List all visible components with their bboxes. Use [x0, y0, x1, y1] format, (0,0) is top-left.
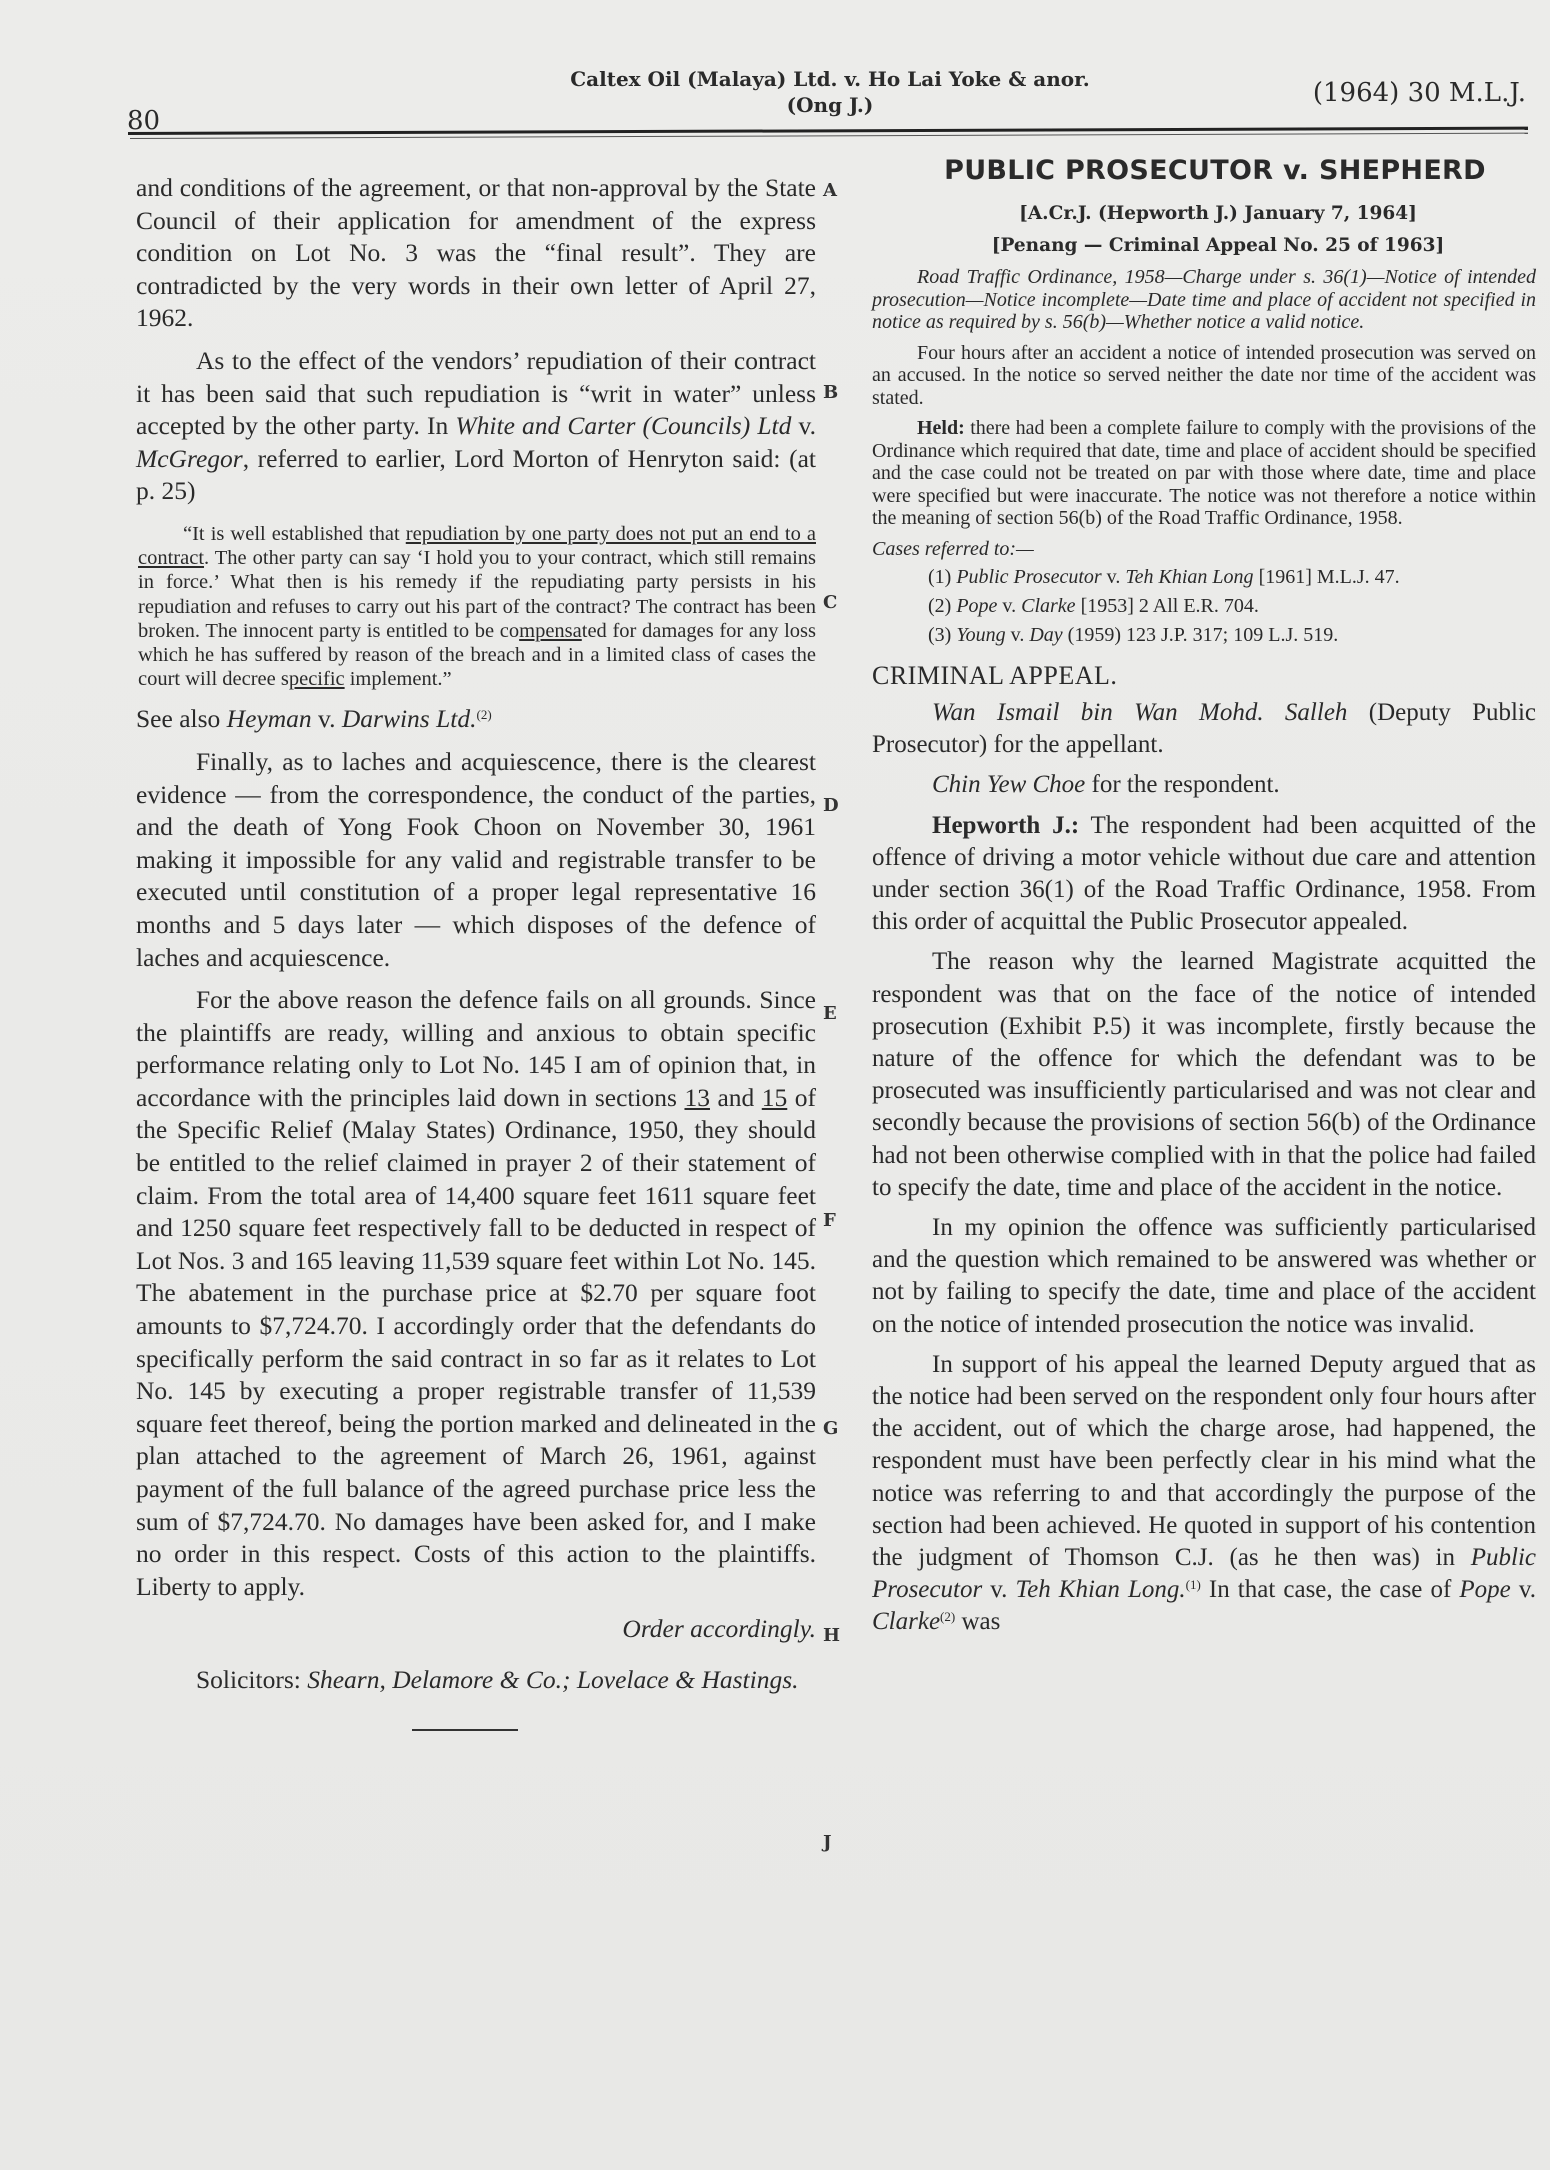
appeal-line: [Penang — Criminal Appeal No. 25 of 1963…: [900, 230, 1536, 262]
solicitors-label: Solicitors:: [196, 1665, 307, 1694]
paragraph: The reason why the learned Magistrate ac…: [872, 946, 1536, 1204]
judgment-body: Wan Ismail bin Wan Mohd. Salleh (Deputy …: [872, 697, 1536, 1639]
paragraph: In support of his appeal the learned Dep…: [872, 1349, 1536, 1639]
party: Teh Khian Long: [1125, 566, 1253, 588]
text: In that case, the case of: [1201, 1576, 1460, 1603]
text: See also: [136, 704, 227, 733]
text: there had been a complete failure to com…: [872, 417, 1536, 529]
facts: Four hours after an accident a notice of…: [872, 342, 1536, 410]
margin-letter-b: B: [823, 382, 838, 403]
running-head-judge: (Ong J.): [520, 92, 1140, 118]
court-line: [A.Cr.J. (Hepworth J.) January 7, 1964]: [900, 198, 1536, 230]
case-name: White and Carter (Councils) Ltd: [455, 411, 791, 440]
case-item: (3) Young v. Day (1959) 123 J.P. 317; 10…: [872, 624, 1536, 647]
text: v.: [312, 704, 342, 733]
margin-letter-e: E: [823, 1003, 837, 1024]
underlined-text: pecific: [289, 668, 345, 690]
running-head: Caltex Oil (Malaya) Ltd. v. Ho Lai Yoke …: [520, 66, 1140, 118]
underlined-text: mpensa: [519, 620, 582, 642]
citation: (1959) 123 J.P. 317; 109 L.J. 519.: [1063, 624, 1339, 646]
case-number: (1): [928, 566, 951, 588]
section-heading: CRIMINAL APPEAL.: [872, 661, 1536, 691]
case-item: (2) Pope v. Clarke [1953] 2 All E.R. 704…: [872, 595, 1536, 618]
text: for the respondent.: [1085, 771, 1279, 798]
text: In support of his appeal the learned Dep…: [872, 1351, 1536, 1571]
citation: [1961] M.L.J. 47.: [1254, 566, 1400, 588]
margin-letter-c: C: [823, 592, 837, 613]
catchwords: Road Traffic Ordinance, 1958—Charge unde…: [872, 266, 1536, 334]
margin-letter-g: G: [823, 1418, 838, 1439]
end-rule: [412, 1729, 518, 1731]
paragraph: Hepworth J.: The respondent had been acq…: [872, 810, 1536, 939]
counsel-respondent: Chin Yew Choe for the respondent.: [872, 769, 1536, 801]
case-item: (1) Public Prosecutor v. Teh Khian Long …: [872, 566, 1536, 589]
paragraph: As to the effect of the vendors’ repudia…: [136, 345, 816, 508]
margin-letter-f: F: [823, 1210, 836, 1231]
counsel-name: Wan Ismail bin Wan Mohd. Salleh: [932, 699, 1347, 726]
solicitors: Solicitors: Shearn, Delamore & Co.; Love…: [136, 1664, 816, 1697]
case-title: PUBLIC PROSECUTOR v. SHEPHERD: [894, 155, 1536, 186]
counsel-name: Chin Yew Choe: [932, 771, 1085, 798]
text: v.: [1511, 1576, 1536, 1603]
headnote: Road Traffic Ordinance, 1958—Charge unde…: [872, 266, 1536, 647]
text: was: [955, 1608, 1000, 1635]
party: Public Prosecutor: [956, 566, 1101, 588]
underlined-text: 15: [762, 1083, 788, 1112]
paragraph: Finally, as to laches and acquiescence, …: [136, 746, 816, 974]
case-name: McGregor: [136, 444, 243, 473]
case-number: (3): [928, 624, 951, 646]
running-head-title: Caltex Oil (Malaya) Ltd. v. Ho Lai Yoke …: [520, 66, 1140, 92]
party: Day: [1029, 624, 1062, 646]
case-number: (2): [928, 595, 951, 617]
cases-label: Cases referred to:—: [872, 538, 1536, 561]
text: v.: [1006, 624, 1030, 646]
judge-label: Hepworth J.:: [932, 812, 1079, 839]
right-column: PUBLIC PROSECUTOR v. SHEPHERD [A.Cr.J. (…: [872, 155, 1536, 1647]
footnote-ref: (1): [1186, 1577, 1201, 1592]
text: v.: [1102, 566, 1126, 588]
party: Young: [956, 624, 1005, 646]
underlined-text: 13: [684, 1083, 710, 1112]
text: “It is well established that: [183, 523, 406, 545]
case-name: Clarke: [872, 1608, 940, 1635]
solicitors-names: Shearn, Delamore & Co.; Lovelace & Hasti…: [307, 1665, 798, 1694]
text: and: [710, 1083, 762, 1112]
text: v.: [791, 411, 816, 440]
party: Pope: [956, 595, 997, 617]
text: of the Specific Relief (Malay States) Or…: [136, 1083, 816, 1601]
page: 80 Caltex Oil (Malaya) Ltd. v. Ho Lai Yo…: [0, 0, 1550, 2170]
margin-letter-h: H: [823, 1625, 840, 1646]
text: v.: [982, 1576, 1015, 1603]
held: Held: there had been a complete failure …: [872, 417, 1536, 530]
counsel-appellant: Wan Ismail bin Wan Mohd. Salleh (Deputy …: [872, 697, 1536, 761]
order-line: Order accordingly.: [136, 1613, 816, 1646]
case-name: Teh Khian Long.: [1015, 1576, 1185, 1603]
left-column: and conditions of the agreement, or that…: [136, 172, 816, 1731]
text: v.: [997, 595, 1021, 617]
see-also: See also Heyman v. Darwins Ltd.(2): [136, 703, 816, 736]
citation: [1953] 2 All E.R. 704.: [1076, 595, 1259, 617]
case-name: Pope: [1459, 1576, 1510, 1603]
journal-citation: (1964) 30 M.L.J.: [1313, 78, 1526, 108]
paragraph: For the above reason the defence fails o…: [136, 984, 816, 1603]
case-name: Darwins Ltd.: [342, 704, 477, 733]
text: implement.”: [345, 668, 452, 690]
margin-letter-d: D: [823, 795, 839, 816]
paragraph: In my opinion the offence was sufficient…: [872, 1212, 1536, 1341]
case-name: Heyman: [227, 704, 312, 733]
margin-letter-a: A: [823, 180, 837, 201]
margin-letter-j: J: [823, 1832, 832, 1853]
block-quote: “It is well established that repudiation…: [136, 522, 816, 691]
paragraph: and conditions of the agreement, or that…: [136, 172, 816, 335]
held-label: Held:: [917, 417, 965, 439]
party: Clarke: [1021, 595, 1075, 617]
footnote-ref: (2): [940, 1609, 955, 1624]
cases-list: (1) Public Prosecutor v. Teh Khian Long …: [872, 566, 1536, 647]
footnote-ref: (2): [476, 707, 491, 722]
